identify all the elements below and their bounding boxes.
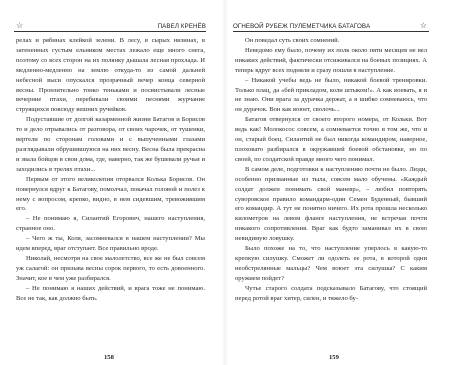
paragraph: Чутье старого солдата подсказывало Батаг… bbox=[235, 284, 427, 304]
left-body-text: релах и рябинах клейкой зелени. В лесу, … bbox=[16, 36, 205, 303]
paragraph: – Не понимаю я наших действий, и врага т… bbox=[16, 284, 205, 304]
right-page-number: 159 bbox=[329, 354, 339, 361]
left-running-header: ☆ ПАВЕЛ КРЕНЁВ bbox=[14, 20, 206, 32]
paragraph: В самом деле, подготовки к наступлению п… bbox=[235, 165, 427, 244]
paragraph: – Чего ж ты, Коля, засомневался в нашем … bbox=[16, 234, 205, 254]
paragraph: Он поведал суть своих сомнений. bbox=[235, 36, 427, 46]
paragraph: Подуставшие от долгой казарменной жизни … bbox=[16, 115, 205, 174]
paragraph: Было похоже на то, что наступление уперл… bbox=[235, 244, 427, 284]
title-running-head: ОГНЕВОЙ РУБЕЖ ПУЛЕМЕТЧИКА БАТАГОВА bbox=[233, 23, 370, 30]
right-page: ОГНЕВОЙ РУБЕЖ ПУЛЕМЕТЧИКА БАТАГОВА ☆ Он … bbox=[225, 0, 450, 365]
left-page: ☆ ПАВЕЛ КРЕНЁВ релах и рябинах клейкой з… bbox=[0, 0, 225, 365]
right-running-header: ОГНЕВОЙ РУБЕЖ ПУЛЕМЕТЧИКА БАТАГОВА ☆ bbox=[233, 20, 429, 32]
paragraph: Неведомо ему было, почему их полк около … bbox=[235, 46, 427, 76]
book-spread: ☆ ПАВЕЛ КРЕНЁВ релах и рябинах клейкой з… bbox=[0, 0, 450, 365]
paragraph: Первым от этого великолепия оторвался Ко… bbox=[16, 175, 205, 215]
left-page-number: 158 bbox=[104, 354, 114, 361]
paragraph: – Никакой учебы ведь не было, никакой бо… bbox=[235, 76, 427, 116]
author-running-head: ПАВЕЛ КРЕНЁВ bbox=[158, 23, 206, 30]
paragraph: релах и рябинах клейкой зелени. В лесу, … bbox=[16, 36, 205, 115]
star-icon: ☆ bbox=[16, 22, 23, 30]
paragraph: Николай, несмотря на свое малолетство, в… bbox=[16, 254, 205, 284]
paragraph: Батагов отвернулся от своего второго ном… bbox=[235, 115, 427, 165]
right-body-text: Он поведал суть своих сомнений. Неведомо… bbox=[235, 36, 427, 303]
paragraph: – Не понимаю я, Силантий Егорович, нашег… bbox=[16, 214, 205, 234]
star-icon: ☆ bbox=[420, 22, 427, 30]
